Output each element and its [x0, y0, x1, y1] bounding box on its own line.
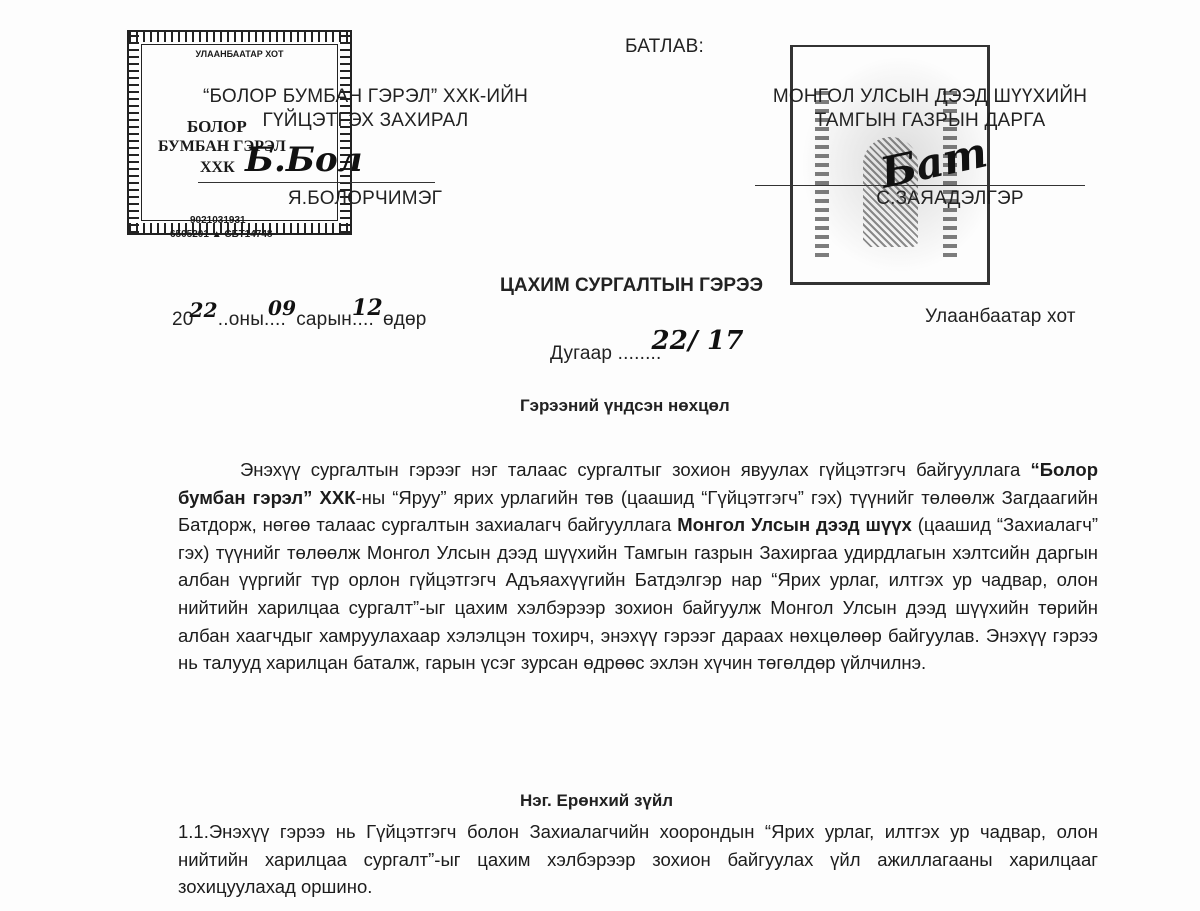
stamp-city: УЛААНБААТАР ХОТ: [142, 49, 337, 59]
section-1-paragraph-1: 1.1.Энэхүү гэрээ нь Гүйцэтгэгч болон Зах…: [178, 818, 1098, 901]
number-label: Дугаар ........: [550, 343, 662, 364]
intro-client-name: Монгол Улсын дээд шүүх: [677, 514, 912, 535]
contract-date: 2022..оны....09сарын....12өдөр: [172, 305, 427, 331]
right-position: ТАМГЫН ГАЗРЫН ДАРГА: [735, 110, 1125, 132]
left-position: ГҮЙЦЭТГЭХ ЗАХИРАЛ: [168, 110, 563, 132]
intro-text-1: Энэхүү сургалтын гэрээг нэг талаас сурга…: [240, 459, 1020, 480]
stamp-reg-number: 9021031931: [190, 215, 246, 226]
contract-number: Дугаар ........22/ 17: [550, 336, 744, 366]
contract-city: Улаанбаатар хот: [925, 306, 1076, 328]
stamp-emblem-icon: ▲: [212, 229, 222, 240]
stamp-reg-line2: 6505201 ▲ СБТ14748: [170, 229, 272, 240]
section-1-title: Нэг. Ерөнхий зүйл: [520, 791, 673, 811]
left-org: “БОЛОР БУМБАН ГЭРЭЛ” ХХК-ИЙН: [168, 86, 563, 108]
left-signature-line: [198, 182, 435, 183]
stamp-reg3: СБТ14748: [224, 229, 272, 240]
number-handwritten: 22/ 17: [652, 326, 744, 356]
left-signer-name: Я.БОЛОРЧИМЭГ: [200, 188, 530, 210]
intro-paragraph: Энэхүү сургалтын гэрээг нэг талаас сурга…: [178, 456, 1098, 677]
date-day-suffix: өдөр: [383, 309, 427, 330]
approve-label: БАТЛАВ:: [625, 36, 704, 58]
right-signer-name: С.ЗАЯАДЭЛГЭР: [830, 188, 1070, 210]
section-basic-conditions: Гэрээний үндсэн нөхцөл: [520, 396, 730, 416]
left-signature: Б.Бол: [245, 140, 363, 180]
document-title: ЦАХИМ СУРГАЛТЫН ГЭРЭЭ: [500, 275, 763, 297]
date-month-handwritten: 09: [268, 296, 296, 320]
stamp-name-line3: ХХК: [200, 159, 235, 177]
date-day-handwritten: 12: [352, 295, 383, 321]
right-org: МОНГОЛ УЛСЫН ДЭЭД ШҮҮХИЙН: [735, 86, 1125, 108]
stamp-reg2: 6505201: [170, 229, 209, 240]
date-year-handwritten: 22: [190, 298, 218, 322]
intro-text-3: (цаашид “Захиалагч” гэх) түүнийг төлөөлж…: [178, 514, 1098, 673]
